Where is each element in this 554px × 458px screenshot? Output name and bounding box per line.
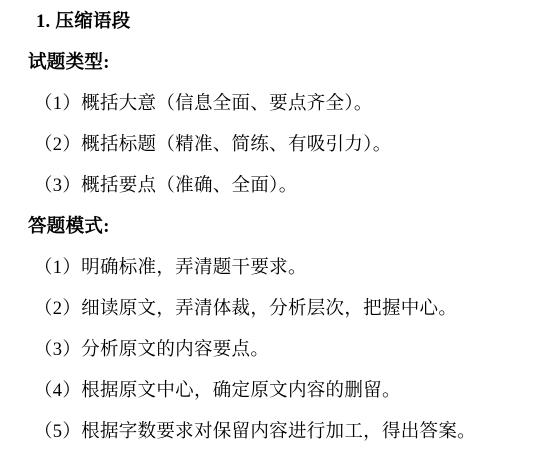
list-item: （4）根据原文中心，确定原文内容的删留。 xyxy=(34,382,554,401)
section-heading-question-types: 试题类型: xyxy=(28,54,554,73)
list-item: （2）细读原文，弄清体裁，分析层次，把握中心。 xyxy=(34,300,554,319)
document-title: 1. 压缩语段 xyxy=(36,13,554,32)
section-heading-answer-pattern: 答题模式: xyxy=(28,218,554,237)
list-item: （3）分析原文的内容要点。 xyxy=(34,341,554,360)
list-item: （2）概括标题（精准、简练、有吸引力）。 xyxy=(34,136,554,155)
document-page: 1. 压缩语段 试题类型: （1）概括大意（信息全面、要点齐全）。 （2）概括标… xyxy=(0,0,554,442)
list-item: （5）根据字数要求对保留内容进行加工，得出答案。 xyxy=(34,423,554,442)
list-item: （1）概括大意（信息全面、要点齐全）。 xyxy=(34,95,554,114)
list-item: （1）明确标准，弄清题干要求。 xyxy=(34,259,554,278)
list-item: （3）概括要点（准确、全面）。 xyxy=(34,177,554,196)
